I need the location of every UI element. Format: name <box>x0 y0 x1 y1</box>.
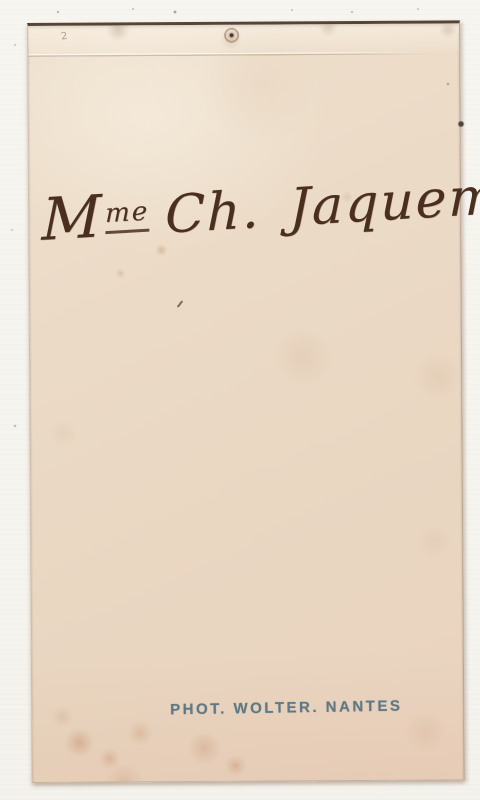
inscription-name: Ch. Jaquemet <box>165 163 480 246</box>
foxing-stains <box>28 23 464 782</box>
inscription-initial: M <box>41 182 103 254</box>
scanned-photo-backdrop: 2 MmeCh. Jaquemet PHOT. WOLTER. NANTES <box>0 0 480 800</box>
pencil-mark: 2 <box>60 30 74 43</box>
top-light-band <box>28 23 459 54</box>
carte-de-visite-back: 2 MmeCh. Jaquemet PHOT. WOLTER. NANTES <box>27 20 465 783</box>
inscription-superscript: me <box>105 196 149 234</box>
pinhole <box>224 28 239 43</box>
photographer-stamp: PHOT. WOLTER. NANTES <box>170 697 410 718</box>
handwritten-inscription: MmeCh. Jaquemet <box>41 166 459 249</box>
